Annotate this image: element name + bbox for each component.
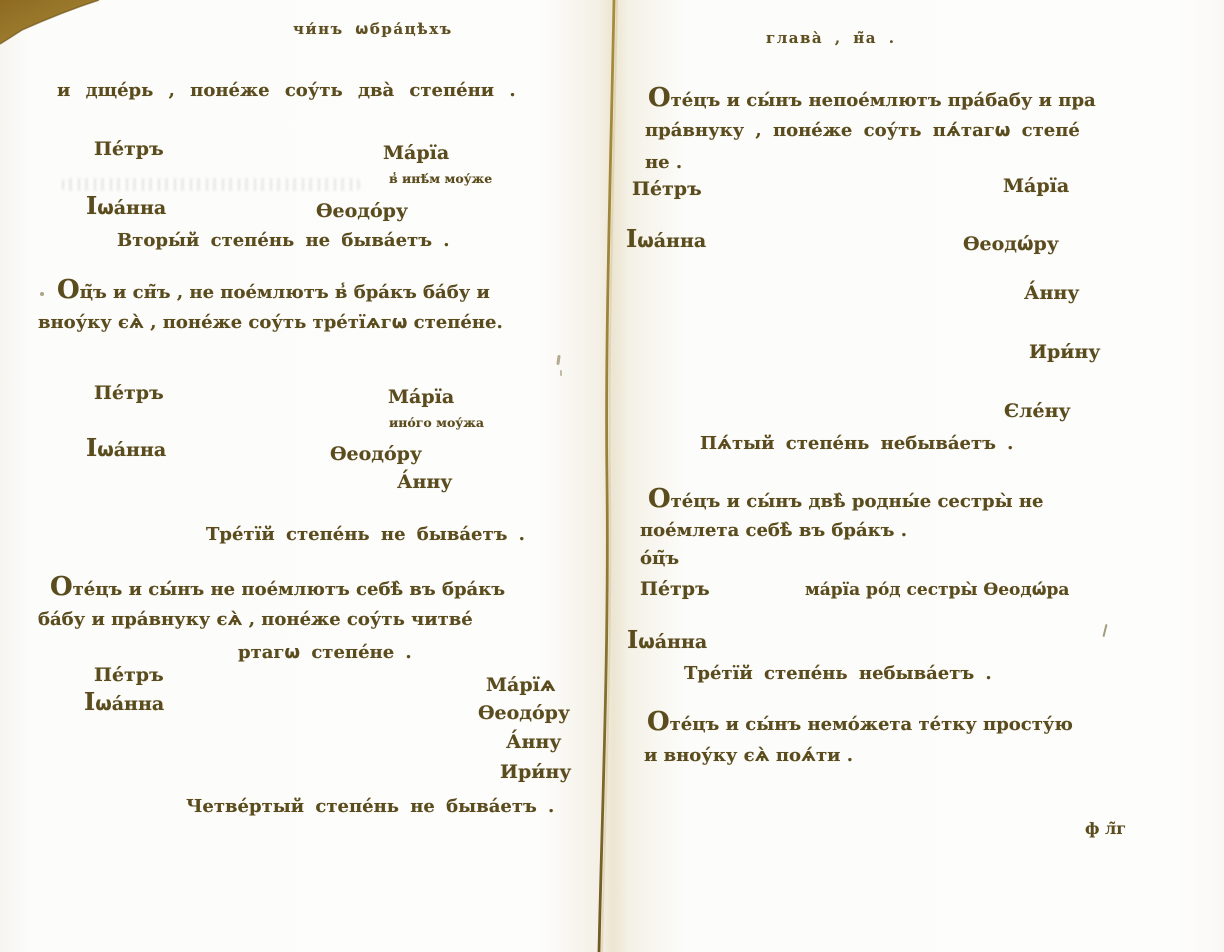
cover-corner xyxy=(0,0,99,44)
paragraph-line: ба́бу и пра́внуку єѧ̀ , поне́же соу́ть ч… xyxy=(38,610,473,631)
paragraph-line: Оц̃ъ и сн̃ъ , не пое́млютъ в̾ бра́къ ба́… xyxy=(57,280,490,304)
paragraph-line: Оте́цъ и сы́нъ двѣ̀ родны́е сестры̀ не xyxy=(648,489,1044,513)
bride-name: А́нну xyxy=(397,472,452,494)
running-title-left: чи́нъ ѡбра́цѣхъ xyxy=(293,21,453,38)
paragraph-line: Оте́цъ и сы́нъ непое́млютъ пра́бабу и пр… xyxy=(648,88,1096,112)
groom-name: Пе́тръ xyxy=(94,383,164,405)
intro-line: и дще́рь , поне́же соу́ть два̀ степе́ни … xyxy=(57,81,516,102)
bride-name: Ма́рїа xyxy=(388,387,454,409)
groom-name: Пе́тръ xyxy=(94,139,164,161)
spine-fold-shadow xyxy=(602,0,617,952)
paragraph-line: Оте́цъ и сы́нъ немо́жета те́тку просту́ю xyxy=(647,712,1073,736)
verdict-line: Вторы́й степе́нь не быва́етъ . xyxy=(117,231,450,252)
paragraph-line: и вноу́ку єѧ̀ поѧ́ти . xyxy=(644,746,853,767)
bride-name: Ма́рїа xyxy=(1003,176,1069,198)
ink-speck xyxy=(560,370,562,376)
bride-name: Єле́ну xyxy=(1004,401,1071,423)
book-scan: чи́нъ ѡбра́цѣхъ и дще́рь , поне́же соу́т… xyxy=(0,0,1224,952)
marginal-note: ино́го моу́жа xyxy=(389,416,484,430)
bride-name: Ѳеодо́ру xyxy=(478,703,570,725)
marginal-note: в̾ инѣ́м моу́же xyxy=(389,172,492,186)
marginal-note: ма́рїа ро́д сестры̀ Ѳеодѡ́ра xyxy=(805,581,1069,601)
page-decorations xyxy=(0,0,1224,952)
bride-name: Ѳеодо́ру xyxy=(316,201,408,223)
spine-fold xyxy=(599,0,614,952)
son-name: Іѡа́нна xyxy=(84,692,164,716)
son-name: Іѡа́нна xyxy=(86,438,166,462)
paragraph-line: пра́внуку , поне́же соу́ть пѧ́тагѡ степе… xyxy=(645,121,1080,142)
bride-name: А́нну xyxy=(1024,283,1079,305)
cover-corner-edge xyxy=(0,0,99,44)
bride-name: Ѳеодѡ́ру xyxy=(963,234,1059,256)
paragraph-line: не . xyxy=(645,153,682,174)
paragraph-line: ртагѡ степе́не . xyxy=(238,643,412,664)
bride-name: Ири́ну xyxy=(1029,342,1100,364)
paragraph-line: пое́млета себѣ̀ въ бра́къ . xyxy=(640,521,907,542)
bride-name: Ѳеодо́ру xyxy=(330,444,422,466)
offset-smudge xyxy=(62,178,360,191)
paragraph-line: Оте́цъ и сы́нъ не пое́млютъ себѣ̀ въ бра… xyxy=(50,577,505,601)
groom-name: Пе́тръ xyxy=(640,579,710,601)
bride-name: А́нну xyxy=(506,732,561,754)
ink-speck xyxy=(556,355,560,365)
father-label: о́ц̃ъ xyxy=(640,549,679,570)
verdict-line: Четве́ртый степе́нь не быва́етъ . xyxy=(186,797,554,818)
bride-name: Ири́ну xyxy=(500,762,571,784)
verdict-line: Тре́тїй степе́нь не быва́етъ . xyxy=(206,525,525,546)
ink-speck xyxy=(40,292,44,296)
groom-name: Пе́тръ xyxy=(94,665,164,687)
verdict-line: Тре́тїй степе́нь небыва́етъ . xyxy=(684,664,992,685)
quire-signature: ф л̃г xyxy=(1085,820,1126,838)
groom-name: Пе́тръ xyxy=(632,179,702,201)
son-name: Іѡа́нна xyxy=(626,229,706,253)
bride-name: Ма́рїѧ xyxy=(486,675,556,697)
son-name: Іѡа́нна xyxy=(627,630,707,654)
verdict-line: Пѧ́тый степе́нь небыва́етъ . xyxy=(700,434,1013,455)
running-title-right: глава̀ , н̃а . xyxy=(766,30,895,47)
son-name: Іѡа́нна xyxy=(86,196,166,220)
bride-name: Ма́рїа xyxy=(383,143,449,165)
paragraph-line: вноу́ку єѧ̀ , поне́же соу́ть тре́тїѧгѡ с… xyxy=(38,313,503,334)
ink-speck xyxy=(1102,624,1107,637)
